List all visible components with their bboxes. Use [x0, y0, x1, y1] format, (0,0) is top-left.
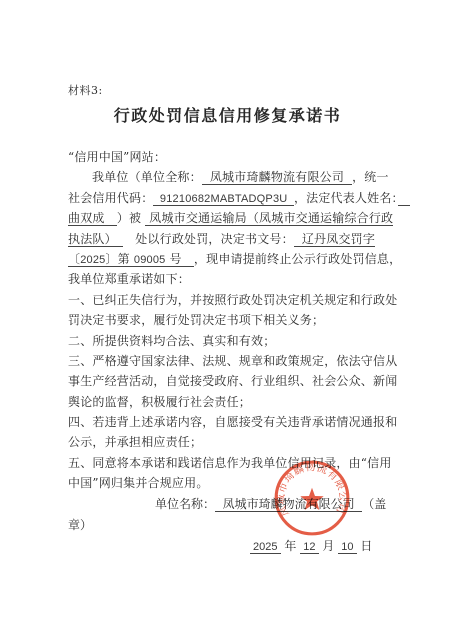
pledge-item-3-cont: 舆论的监督，积极履行社会责任； — [68, 392, 420, 412]
decision-doc-label: 处以行政处罚，决定书文号： — [123, 232, 294, 246]
letter-body: “信用中国”网站： 我单位（单位全称： 凤城市琦麟物流有限公司 ，统一 社会信用… — [68, 147, 420, 494]
commitment-letter-page: 材料3: 行政处罚信息信用修复承诺书 “信用中国”网站： 我单位（单位全称： 凤… — [0, 0, 455, 640]
doc-no-mid: 〕第 — [105, 252, 133, 267]
date-month-unit: 月 — [319, 539, 339, 553]
pledge-item-4: 四、若违背上述承诺内容，自愿接受有关违背承诺情况通报和 — [68, 412, 420, 432]
body-line: 我单位郑重承诺如下： — [68, 269, 420, 289]
body-text: ，现申请提前终止公示行政处罚信息， — [194, 252, 401, 266]
signature-date-line: 2025 年 12 月 10 日 — [250, 536, 372, 557]
body-line: 社会信用代码： 91210682MABTADQP3U ，法定代表人姓名： — [68, 188, 420, 208]
legal-rep-label: ，法定代表人姓名： — [294, 191, 398, 205]
material-label: 材料3: — [68, 82, 103, 98]
pledge-item-3: 三、严格遵守国家法律、法规、规章和政策规定，依法守信从 — [68, 351, 420, 371]
legal-rep-value: 曲双成 — [68, 211, 117, 226]
company-seal: 凤城市琦麟物流有限公司 — [271, 457, 353, 539]
authority-value: 凤城市交通运输局（凤城市交通运输综合行政 — [145, 211, 393, 226]
doc-no-suffix: 号 — [166, 252, 194, 267]
date-year-unit: 年 — [281, 539, 301, 553]
pledge-item-1: 一、已纠正失信行为，并按照行政处罚决定机关规定和行政处 — [68, 290, 420, 310]
authority-value-cont: 执法队） — [68, 232, 123, 247]
pledge-text: 事生产经营活动，自觉接受政府、行业组织、社会公众、新闻 — [68, 374, 397, 388]
credit-code-value: 91210682MABTADQP3U — [153, 193, 294, 206]
body-line: 执法队） 处以行政处罚，决定书文号： 辽丹凤交罚字 — [68, 229, 420, 249]
salutation-line: “信用中国”网站： — [68, 147, 420, 167]
pledge-item-3-cont: 事生产经营活动，自觉接受政府、行业组织、社会公众、新闻 — [68, 371, 420, 391]
body-line: 我单位（单位全称： 凤城市琦麟物流有限公司 ，统一 — [68, 167, 420, 187]
doc-no-year-value: 2025 — [80, 254, 105, 267]
pledge-text: 舆论的监督，积极履行社会责任； — [68, 395, 251, 409]
intro-text: 我单位（单位全称： — [92, 170, 202, 184]
doc-no-serial-value: 09005 — [134, 254, 166, 267]
pledge-item-5: 五、同意将本承诺和践诺信息作为我单位信用记录，由“信用 — [68, 453, 420, 473]
pledge-text: 公示，并承担相应责任； — [68, 435, 202, 449]
salutation-text: “信用中国”网站： — [68, 150, 166, 164]
stamp-note-close: 章） — [68, 515, 92, 535]
body-line: 曲双成 ）被 凤城市交通运输局（凤城市交通运输综合行政 — [68, 208, 420, 228]
unit-name-label: 单位名称： — [155, 497, 215, 511]
doc-no-bracket-open: 〔 — [68, 252, 80, 267]
pledge-text: 四、若违背上述承诺内容，自愿接受有关违背承诺情况通报和 — [68, 415, 397, 429]
decision-doc-no-value: 辽丹凤交罚字 — [294, 232, 375, 247]
seal-star-icon — [300, 488, 323, 510]
date-day-unit: 日 — [357, 539, 373, 553]
body-line: 〔2025〕第 09005 号 ，现申请提前终止公示行政处罚信息， — [68, 249, 420, 269]
pledge-text: 中国”网归集并合规应用。 — [68, 476, 209, 490]
date-day-value: 10 — [338, 541, 356, 554]
body-text: ，统一 — [352, 170, 389, 184]
pledge-item-2: 二、所提供资料均合法、真实和有效； — [68, 331, 420, 351]
pledge-item-4-cont: 公示，并承担相应责任； — [68, 432, 420, 452]
pledge-item-5-cont: 中国”网归集并合规应用。 — [68, 473, 420, 493]
stamp-note-open: （盖 — [362, 497, 386, 511]
pledge-text: 一、已纠正失信行为，并按照行政处罚决定机关规定和行政处 — [68, 293, 397, 307]
document-title: 行政处罚信息信用修复承诺书 — [0, 103, 455, 126]
legal-rep-blank — [398, 191, 410, 206]
pledge-text: 罚决定书要求，履行处罚决定书项下相关义务； — [68, 313, 324, 327]
date-year-value: 2025 — [250, 541, 281, 554]
company-name-value: 凤城市琦麟物流有限公司 — [202, 170, 352, 185]
date-month-value: 12 — [300, 541, 318, 554]
body-text: ）被 — [117, 211, 145, 225]
pledge-text: 二、所提供资料均合法、真实和有效； — [68, 334, 275, 348]
pledge-intro: 我单位郑重承诺如下： — [68, 272, 190, 286]
pledge-text: 三、严格遵守国家法律、法规、规章和政策规定，依法守信从 — [68, 354, 397, 368]
pledge-item-1-cont: 罚决定书要求，履行处罚决定书项下相关义务； — [68, 310, 420, 330]
credit-code-label: 社会信用代码： — [68, 191, 153, 205]
